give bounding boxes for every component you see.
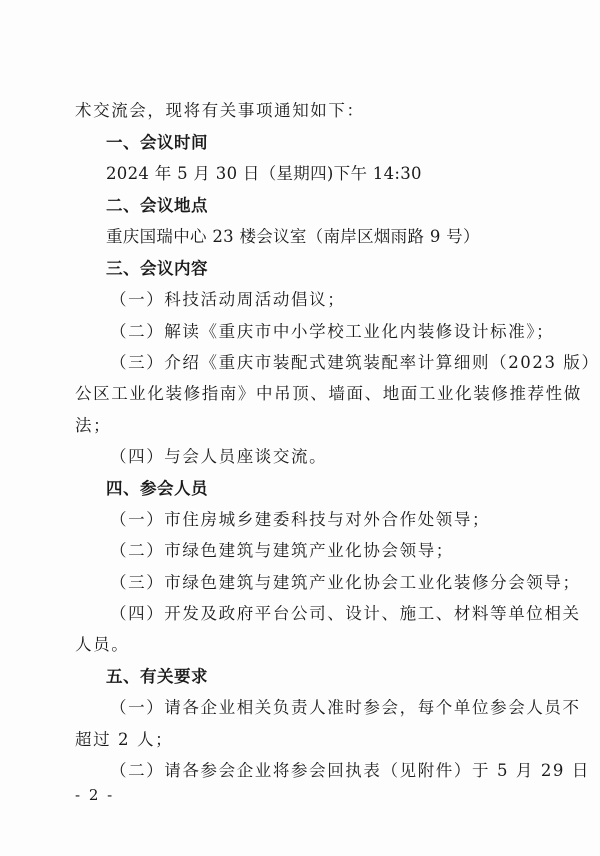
content-item-3-end: 法； — [75, 416, 535, 436]
section-heading-time: 一、会议时间 — [106, 133, 566, 153]
meeting-time: 2024 年 5 月 30 日（星期四)下午 14:30 — [106, 164, 566, 184]
section-heading-attendees: 四、参会人员 — [106, 479, 566, 499]
page-number: - 2 - — [75, 786, 114, 804]
content-item-1: （一）科技活动周活动倡议； — [110, 290, 535, 310]
section-heading-content: 三、会议内容 — [106, 259, 566, 279]
intro-line: 术交流会，现将有关事项通知如下： — [75, 101, 535, 121]
requirement-item-1: （一）请各企业相关负责人准时参会，每个单位参会人员不 — [110, 698, 535, 718]
content-item-3-cont: 公区工业化装修指南》中吊顶、墙面、地面工业化装修推荐性做 — [75, 384, 535, 404]
attendee-item-1: （一）市住房城乡建委科技与对外合作处领导； — [110, 510, 535, 530]
content-item-4: （四）与会人员座谈交流。 — [110, 447, 535, 467]
requirement-item-1-cont: 超过 2 人； — [75, 730, 535, 750]
section-heading-requirements: 五、有关要求 — [106, 667, 566, 687]
content-item-3: （三）介绍《重庆市装配式建筑装配率计算细则（2023 版） — [110, 353, 535, 373]
attendee-item-3: （三）市绿色建筑与建筑产业化协会工业化装修分会领导； — [110, 573, 535, 593]
requirement-item-2: （二）请各参会企业将参会回执表（见附件）于 5 月 29 日 — [110, 761, 535, 781]
document-page: 术交流会，现将有关事项通知如下： 一、会议时间 2024 年 5 月 30 日（… — [0, 0, 600, 856]
meeting-location: 重庆国瑞中心 23 楼会议室（南岸区烟雨路 9 号） — [106, 227, 566, 247]
attendee-item-2: （二）市绿色建筑与建筑产业化协会领导； — [110, 541, 535, 561]
attendee-item-4: （四）开发及政府平台公司、设计、施工、材料等单位相关 — [110, 604, 535, 624]
attendee-item-4-cont: 人员。 — [75, 635, 535, 655]
content-item-2: （二）解读《重庆市中小学校工业化内装修设计标准》； — [110, 322, 535, 342]
section-heading-location: 二、会议地点 — [106, 196, 566, 216]
